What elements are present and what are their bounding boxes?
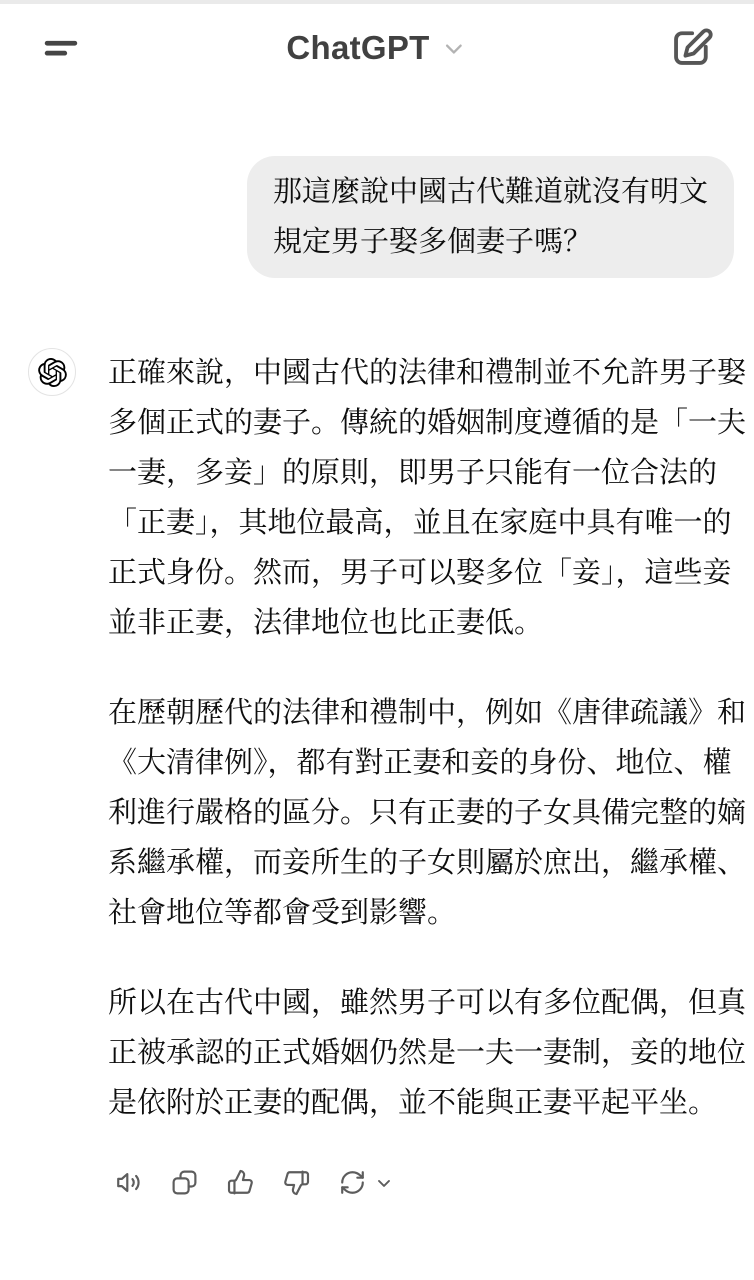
assistant-text-line: 一妻，多妾」的原則，即男子只能有一位合法的 [108, 448, 734, 498]
openai-logo-icon [38, 358, 67, 387]
assistant-text-line: 正式身份。然而，男子可以娶多位「妾」，這些妾 [108, 548, 734, 598]
conversation: 那這麼說中國古代難道就沒有明文 規定男子娶多個妻子嗎？ 正確來說，中國古代的法律… [0, 156, 754, 1197]
app-title: ChatGPT [286, 29, 429, 67]
app-header: ChatGPT [0, 4, 754, 92]
thumbs-up-icon [226, 1168, 255, 1197]
assistant-text-line: 「正妻」，其地位最高，並且在家庭中具有唯一的 [108, 498, 734, 548]
message-actions [108, 1168, 734, 1197]
read-aloud-button[interactable] [114, 1168, 143, 1197]
assistant-text-line: 是依附於正妻的配偶，並不能與正妻平起平坐。 [108, 1078, 734, 1128]
regenerate-control[interactable] [338, 1168, 394, 1197]
chatgpt-app-screen: ChatGPT 那這麼說中國古代難道就沒有明文 規定男子娶多個妻子嗎？ [0, 0, 754, 1197]
sidebar-menu-button[interactable] [40, 26, 84, 70]
compose-icon [668, 25, 714, 71]
assistant-message-content: 正確來說，中國古代的法律和禮制並不允許男子娶 多個正式的妻子。傳統的婚姻制度遵循… [108, 348, 734, 1197]
regenerate-icon [338, 1168, 367, 1197]
model-selector[interactable]: ChatGPT [286, 29, 467, 67]
copy-button[interactable] [170, 1168, 199, 1197]
assistant-avatar [28, 348, 76, 396]
assistant-message-row: 正確來說，中國古代的法律和禮制並不允許男子娶 多個正式的妻子。傳統的婚姻制度遵循… [20, 348, 734, 1197]
assistant-paragraph: 所以在古代中國，雖然男子可以有多位配偶，但真 正被承認的正式婚姻仍然是一夫一妻制… [108, 978, 734, 1128]
assistant-text-line: 所以在古代中國，雖然男子可以有多位配偶，但真 [108, 978, 734, 1028]
speaker-icon [114, 1168, 143, 1197]
chevron-down-icon [374, 1173, 394, 1193]
user-message-row: 那這麼說中國古代難道就沒有明文 規定男子娶多個妻子嗎？ [20, 156, 734, 278]
user-message-line: 那這麼說中國古代難道就沒有明文 [273, 167, 708, 217]
assistant-text-line: 正被承認的正式婚姻仍然是一夫一妻制，妾的地位 [108, 1028, 734, 1078]
sidebar-menu-icon [40, 26, 84, 70]
assistant-text-line: 在歷朝歷代的法律和禮制中，例如《唐律疏議》和 [108, 688, 734, 738]
assistant-paragraph: 正確來說，中國古代的法律和禮制並不允許男子娶 多個正式的妻子。傳統的婚姻制度遵循… [108, 348, 734, 648]
assistant-text-line: 正確來說，中國古代的法律和禮制並不允許男子娶 [108, 348, 734, 398]
copy-icon [170, 1168, 199, 1197]
assistant-text-line: 《大清律例》，都有對正妻和妾的身份、地位、權 [108, 738, 734, 788]
thumbs-down-icon [282, 1168, 311, 1197]
assistant-text-line: 並非正妻，法律地位也比正妻低。 [108, 598, 734, 648]
new-chat-button[interactable] [668, 25, 714, 71]
user-message-bubble: 那這麼說中國古代難道就沒有明文 規定男子娶多個妻子嗎？ [247, 156, 734, 278]
chevron-down-icon [441, 35, 468, 62]
assistant-paragraph: 在歷朝歷代的法律和禮制中，例如《唐律疏議》和 《大清律例》，都有對正妻和妾的身份… [108, 688, 734, 938]
assistant-text-line: 社會地位等都會受到影響。 [108, 888, 734, 938]
user-message-line: 規定男子娶多個妻子嗎？ [273, 217, 708, 267]
thumbs-up-button[interactable] [226, 1168, 255, 1197]
thumbs-down-button[interactable] [282, 1168, 311, 1197]
assistant-text-line: 系繼承權，而妾所生的子女則屬於庶出，繼承權、 [108, 838, 734, 888]
assistant-text-line: 利進行嚴格的區分。只有正妻的子女具備完整的嫡 [108, 788, 734, 838]
assistant-text-line: 多個正式的妻子。傳統的婚姻制度遵循的是「一夫 [108, 398, 734, 448]
